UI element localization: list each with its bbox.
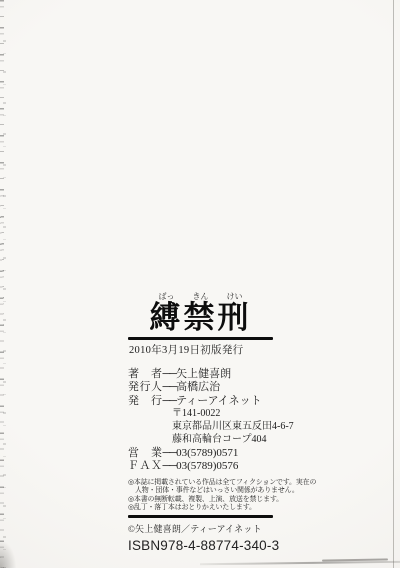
contact-row-sales: 営 業──03(5789)0571: [128, 447, 273, 461]
postal-code: 〒141-0022: [172, 408, 273, 421]
notice-line-fiction-cont: 人物・団体・事件などはいっさい関係がありません。: [128, 486, 273, 494]
leader-dash: ──: [163, 460, 177, 472]
contact-row-fax: ＦＡＸ──03(5789)0576: [128, 460, 273, 474]
title-char-base: 刑: [218, 300, 252, 335]
publication-info: 著 者──矢上健喜朗 発行人──高橋広治 発 行──ティーアイネット 〒141-…: [128, 368, 273, 474]
scan-line-bottom: [200, 560, 400, 564]
notice-line-defective-copies: ◎乱丁・落丁本はおとりかえいたします。: [128, 503, 273, 511]
title-char-1: 縛ばっ: [150, 300, 184, 335]
legal-notices: ◎本誌に掲載されている作品は全てフィクションです。実在の 人物・団体・事件などは…: [128, 478, 273, 511]
leader-dash: ──: [163, 395, 177, 407]
scanned-colophon-page: 縛ばっ禁きん刑けい 2010年3月19日初版発行 著 者──矢上健喜朗 発行人─…: [0, 0, 400, 568]
leader-dash: ──: [163, 447, 177, 459]
title-char-base: 縛: [150, 300, 184, 335]
scan-noise-left-edge-2: [3, 40, 6, 568]
bottom-divider-rule: [128, 515, 273, 518]
credit-value: 矢上健喜朗: [176, 368, 231, 380]
credit-value: 高橋広治: [176, 381, 220, 393]
leader-dash: ──: [163, 368, 177, 380]
address-line-2: 藤和高輪台コープ404: [172, 434, 273, 447]
credit-row-author: 著 者──矢上健喜朗: [128, 368, 273, 382]
title-char-2: 禁きん: [184, 300, 218, 335]
leader-dash: ──: [163, 381, 177, 393]
furigana: けい: [218, 292, 252, 301]
copyright-line: ©矢上健喜朗／ティーアイネット: [128, 522, 273, 535]
scan-smudge-bottom-left: [0, 518, 26, 568]
contact-value: 03(5789)0571: [176, 447, 238, 459]
furigana: きん: [184, 292, 218, 301]
credit-row-publisher: 発 行──ティーアイネット: [128, 395, 273, 409]
credit-label: 発 行: [128, 395, 163, 407]
title-char-3: 刑けい: [218, 300, 252, 335]
edition-date: 2010年3月19日初版発行: [128, 340, 273, 357]
furigana: ばっ: [150, 292, 184, 301]
credit-label: 発行人: [128, 381, 163, 393]
notice-line-no-reproduction: ◎本書の無断転載、複製、上演、放送を禁じます。: [128, 495, 273, 503]
contact-label: 営 業: [128, 447, 163, 459]
scan-edge-line-right: [393, 0, 394, 568]
address-line-1: 東京都品川区東五反田4-6-7: [172, 421, 273, 434]
credit-row-issuer: 発行人──高橋広治: [128, 381, 273, 395]
contact-value: 03(5789)0576: [176, 460, 238, 472]
credit-value: ティーアイネット: [176, 395, 261, 407]
colophon-block: 縛ばっ禁きん刑けい 2010年3月19日初版発行 著 者──矢上健喜朗 発行人─…: [128, 292, 273, 553]
isbn-number: ISBN978-4-88774-340-3: [128, 538, 273, 553]
credit-label: 著 者: [128, 368, 163, 380]
notice-line-fiction: ◎本誌に掲載されている作品は全てフィクションです。実在の: [128, 478, 273, 486]
contact-label: ＦＡＸ: [128, 460, 163, 472]
title-char-base: 禁: [184, 300, 218, 335]
book-title: 縛ばっ禁きん刑けい: [128, 292, 273, 335]
